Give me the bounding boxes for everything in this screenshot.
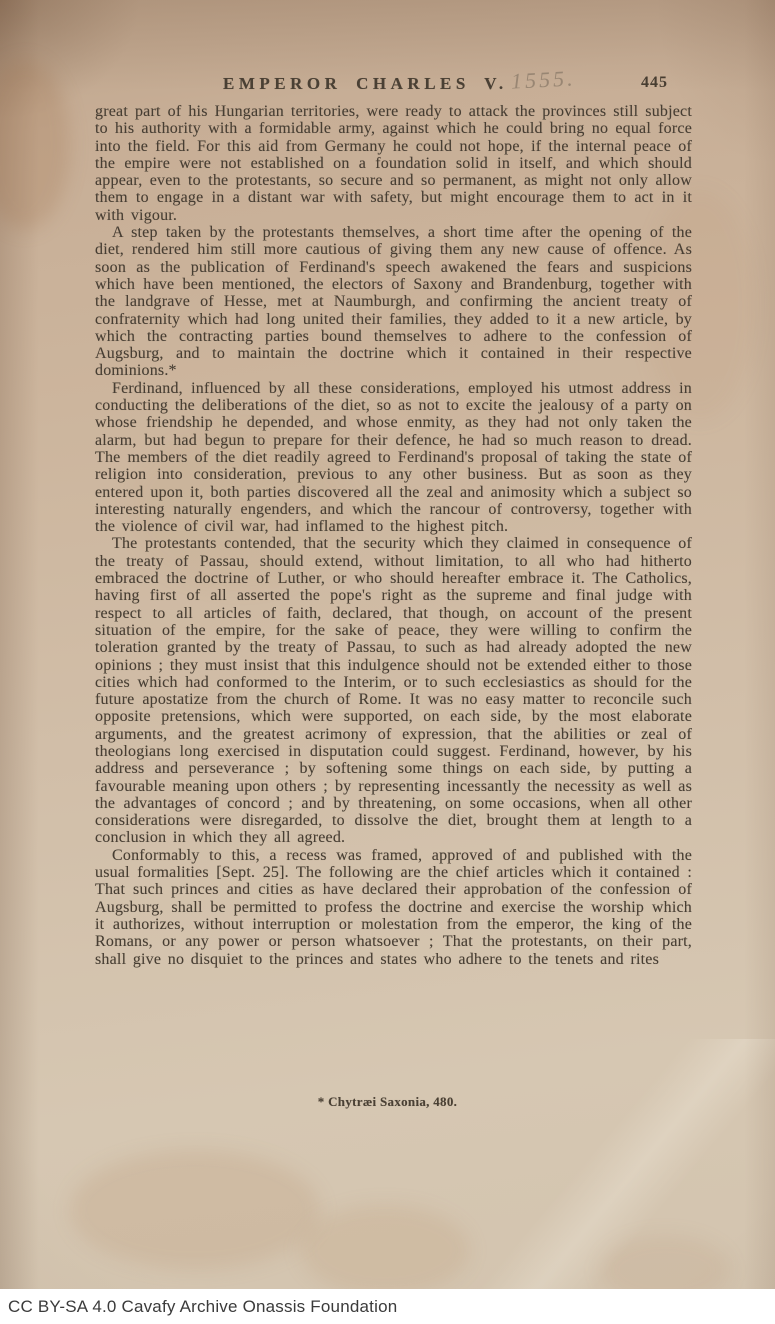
book-page: EMPEROR CHARLES V. 1555. 445 great part … <box>0 0 775 1289</box>
page-body: great part of his Hungarian territories,… <box>95 103 692 968</box>
body-paragraph: Ferdinand, influenced by all these consi… <box>95 380 692 536</box>
license-caption-bar: CC BY-SA 4.0 Cavafy Archive Onassis Foun… <box>0 1289 775 1324</box>
handwritten-year-annotation: 1555. <box>510 65 576 94</box>
body-paragraph: The protestants contended, that the secu… <box>95 535 692 846</box>
body-paragraph: Conformably to this, a recess was framed… <box>95 847 692 968</box>
scanned-book-page-viewer: EMPEROR CHARLES V. 1555. 445 great part … <box>0 0 775 1324</box>
footnote: * Chytræi Saxonia, 480. <box>0 1094 775 1110</box>
body-paragraph: great part of his Hungarian territories,… <box>95 103 692 224</box>
page-number: 445 <box>641 74 668 92</box>
body-paragraph: A step taken by the protestants themselv… <box>95 224 692 380</box>
license-caption-text: CC BY-SA 4.0 Cavafy Archive Onassis Foun… <box>0 1297 397 1317</box>
running-title: EMPEROR CHARLES V. <box>223 74 508 94</box>
paper-stain <box>0 60 70 230</box>
paper-stain <box>300 1205 470 1295</box>
page-header: EMPEROR CHARLES V. 1555. 445 <box>95 72 692 98</box>
paper-stain <box>70 1150 320 1270</box>
